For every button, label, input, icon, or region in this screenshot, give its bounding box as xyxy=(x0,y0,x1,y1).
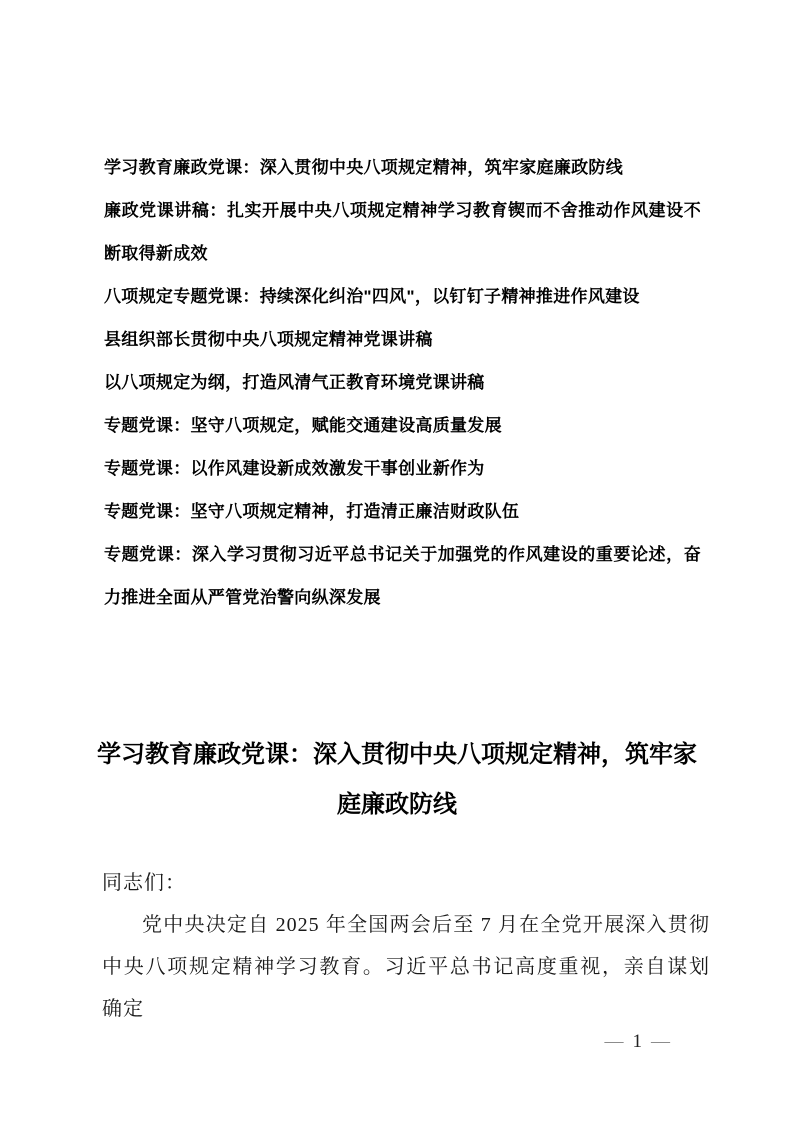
document-title: 学习教育廉政党课：深入贯彻中央八项规定精神，筑牢家庭廉政防线 xyxy=(92,730,702,830)
toc-item: 廉政党课讲稿：扎实开展中央八项规定精神学习教育锲而不舍推动作风建设不断取得新成效 xyxy=(104,189,701,275)
document-body: 同志们： 党中央决定自 2025 年全国两会后至 7 月在全党开展深入贯彻中央八… xyxy=(102,862,710,1030)
footer-dash-right: — xyxy=(651,1031,670,1052)
toc-item: 县组织部长贯彻中央八项规定精神党课讲稿 xyxy=(104,318,701,361)
salutation: 同志们： xyxy=(102,862,710,904)
toc-item: 专题党课：坚守八项规定精神，打造清正廉洁财政队伍 xyxy=(104,490,701,533)
toc-item: 专题党课：坚守八项规定，赋能交通建设高质量发展 xyxy=(104,404,701,447)
page-footer: —1— xyxy=(605,1030,671,1054)
toc-item: 八项规定专题党课：持续深化纠治"四风"，以钉钉子精神推进作风建设 xyxy=(104,275,701,318)
toc-item: 学习教育廉政党课：深入贯彻中央八项规定精神，筑牢家庭廉政防线 xyxy=(104,146,701,189)
toc-item: 专题党课：深入学习贯彻习近平总书记关于加强党的作风建设的重要论述，奋力推进全面从… xyxy=(104,533,701,619)
body-paragraph: 党中央决定自 2025 年全国两会后至 7 月在全党开展深入贯彻中央八项规定精神… xyxy=(102,904,710,1030)
page-number: 1 xyxy=(633,1031,643,1052)
toc-list: 学习教育廉政党课：深入贯彻中央八项规定精神，筑牢家庭廉政防线 廉政党课讲稿：扎实… xyxy=(104,146,701,619)
document-page: 学习教育廉政党课：深入贯彻中央八项规定精神，筑牢家庭廉政防线 廉政党课讲稿：扎实… xyxy=(0,0,793,1122)
toc-item: 以八项规定为纲，打造风清气正教育环境党课讲稿 xyxy=(104,361,701,404)
footer-dash-left: — xyxy=(605,1031,624,1052)
toc-item: 专题党课：以作风建设新成效激发干事创业新作为 xyxy=(104,447,701,490)
